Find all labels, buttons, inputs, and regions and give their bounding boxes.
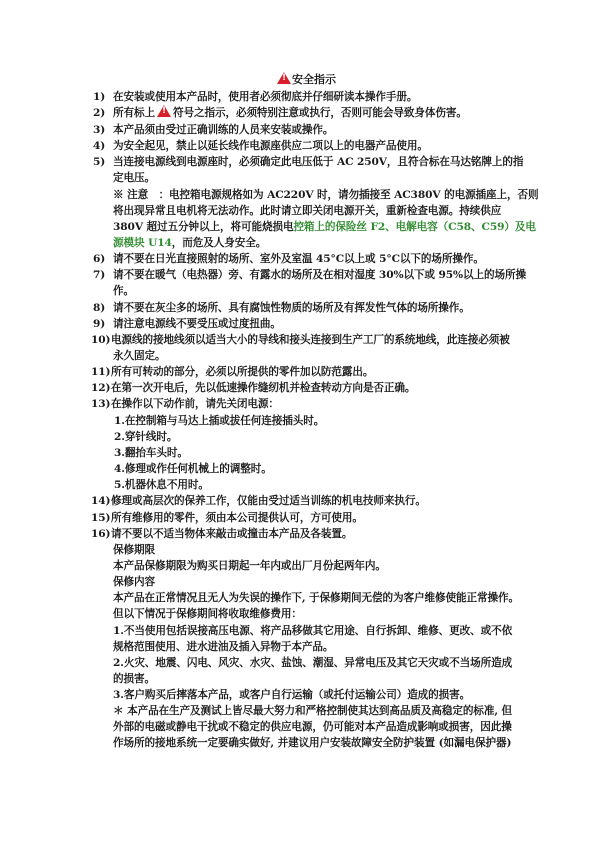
item-text: 修理或高层次的保养工作，仅能由受过适当训练的机电技师来执行。 [111, 493, 426, 509]
item-text: 请不要在灰尘多的场所、具有腐蚀性物质的场所及有挥发性气体的场所操作。 [113, 300, 470, 316]
item-number: 8) [93, 300, 105, 316]
paragraph-text: 外部的电磁或静电干扰或不稳定的供应电源，仍可能对本产品造成影响或损害，因此操 [113, 719, 512, 735]
item-number: 5) [93, 154, 105, 170]
note-text: 380V 超过五分钟以上，将可能烧损电控箱上的保险丝 F2、电解电容（C58、C… [113, 219, 536, 235]
item-text: 在第一次开电后，先以低速操作缝纫机并检查转动方向是否正确。 [111, 380, 415, 396]
document-page: 安全指示 1) 在安装或使用本产品时，使用者必须彻底并仔细研读本操作手册。 2)… [0, 0, 613, 868]
paragraph-text: 1.不当使用包括误接高压电源、将产品移做其它用途、自行拆卸、维修、更改、或不依 [113, 623, 512, 639]
paragraph-text: 3.客户购买后摔落本产品，或客户自行运输（或托付运输公司）造成的损害。 [113, 687, 470, 703]
sub-item-text: 1.在控制箱与马达上插或拔任何连接插头时。 [114, 413, 324, 429]
heading-text: 保修期限 [113, 542, 155, 558]
item-text: 为安全起见，禁止以延长线作电源座供应二项以上的电器产品使用。 [113, 138, 428, 154]
item-number: 14) [91, 493, 110, 509]
warning-triangle-icon [157, 105, 171, 117]
page-title: 安全指示 [0, 72, 613, 88]
paragraph-text: 本产品在正常情况且无人为失误的操作下, 于保修期间无偿的为客户维修使能正常操作。 [113, 590, 519, 606]
paragraph-text: 本产品保修期限为购买日期起一年内或出厂月份起两年内。 [113, 558, 386, 574]
item-text: 所有标上符号之指示，必须特别注意或执行，否则可能会导致身体伤害。 [113, 105, 467, 121]
item-number: 9) [93, 316, 105, 332]
paragraph-text: 但以下情况于保修期间将收取维修费用： [113, 606, 302, 622]
item-text: 在安装或使用本产品时，使用者必须彻底并仔细研读本操作手册。 [113, 89, 417, 105]
paragraph-text: 作场所的接地系统一定要确实做好, 并建议用户安装故障安全防护装置 (如漏电保护器… [113, 735, 511, 751]
item-number: 3) [93, 122, 105, 138]
item-number: 7) [93, 267, 105, 283]
sub-item-text: 3.翻抬车头时。 [114, 445, 188, 461]
item-text: 在操作以下动作前，请先关闭电源： [111, 396, 279, 412]
item-text-part: 所有标上 [113, 107, 155, 119]
item-number: 1) [93, 89, 105, 105]
sub-item-text: 2.穿针线时。 [114, 429, 177, 445]
sub-item-text: 4.修理或作任何机械上的调整时。 [114, 461, 272, 477]
item-text: 请注意电源线不要受压或过度扭曲。 [113, 316, 281, 332]
item-text: 作。 [113, 283, 134, 299]
item-text: 请不要以不适当物体来敲击或撞击本产品及各装置。 [111, 526, 352, 542]
item-number: 6) [93, 251, 105, 267]
item-text: 所有可转动的部分，必须以所提供的零件加以防范露出。 [111, 364, 373, 380]
highlighted-components-text: 控箱上的保险丝 F2、电解电容（C58、C59）及电 [293, 221, 535, 233]
item-text: 本产品须由受过正确训练的人员来安装或操作。 [113, 122, 333, 138]
item-number: 16) [91, 526, 110, 542]
item-text: 所有维修用的零件，须由本公司提供认可，方可使用。 [111, 510, 363, 526]
item-number: 12) [91, 380, 110, 396]
highlighted-components-text: 源模块 U14 [113, 237, 172, 249]
note-text: 将出现异常且电机将无法动作。此时请立即关闭电源开关，重新检查电源。持续供应 [113, 203, 501, 219]
item-text: 请不要在暖气（电热器）旁、有露水的场所及在相对湿度 30%以下或 95%以上的场… [113, 267, 526, 283]
title-text: 安全指示 [292, 73, 336, 86]
warning-triangle-icon [277, 72, 291, 84]
paragraph-text: ＊ 本产品在生产及测试上皆尽最大努力和严格控制使其达到高品质及高稳定的标准, 但 [113, 703, 512, 719]
item-number: 10) [91, 332, 110, 348]
paragraph-text: 规格范围使用、进水进油及插入异物于本产品。 [113, 639, 333, 655]
item-number: 4) [93, 138, 105, 154]
item-number: 2) [93, 105, 105, 121]
item-number: 15) [91, 510, 110, 526]
note-text: 源模块 U14，而危及人身安全。 [113, 235, 266, 251]
sub-item-text: 5.机器休息不用时。 [114, 477, 209, 493]
paragraph-text: 的损害。 [113, 671, 155, 687]
item-text: 电源线的接地线须以适当大小的导线和接头连接到生产工厂的系统地线，此连接必须被 [111, 332, 510, 348]
note-text-part: 380V 超过五分钟以上，将可能烧损电 [113, 221, 293, 233]
item-number: 11) [91, 364, 110, 380]
item-text: 永久固定。 [113, 348, 165, 364]
heading-text: 保修内容 [113, 574, 155, 590]
paragraph-text: 2.火灾、地震、闪电、风灾、水灾、盐蚀、潮湿、异常电压及其它天灾或不当场所造成 [113, 655, 512, 671]
item-text-part: 符号之指示，必须特别注意或执行，否则可能会导致身体伤害。 [173, 107, 467, 119]
note-text-part: ，而危及人身安全。 [172, 237, 266, 249]
note-text: ※ 注意 ：电控箱电源规格如为 AC220V 时，请勿插接至 AC380V 的电… [113, 187, 539, 203]
item-text: 当连接电源线到电源座时，必须确定此电压低于 AC 250V，且符合标在马达铭牌上… [113, 154, 523, 170]
item-text: 请不要在日光直接照射的场所、室外及室温 45°C以上或 5°C以下的场所操作。 [113, 251, 484, 267]
item-number: 13) [91, 396, 110, 412]
item-text: 定电压。 [113, 170, 155, 186]
